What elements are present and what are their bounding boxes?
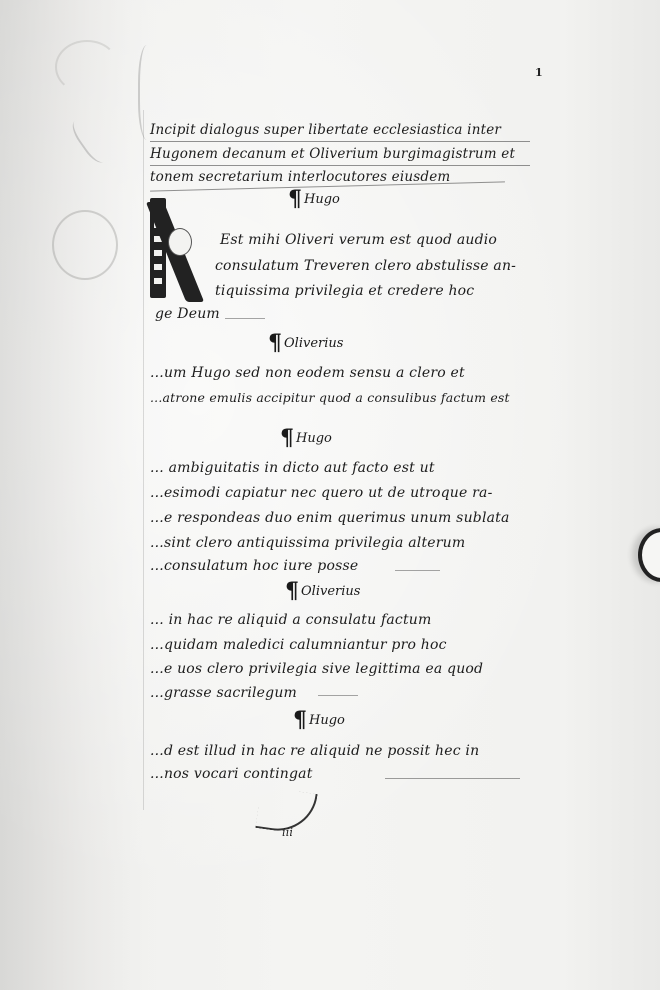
- heading-rule: [150, 165, 530, 166]
- line-filler: [395, 570, 440, 571]
- text-line: ... in hac re aliquid a consulatu factum: [150, 612, 432, 628]
- speaker-name: Hugo: [296, 431, 332, 446]
- speaker-name: Oliverius: [284, 336, 343, 351]
- text-line: tiquissima privilegia et credere hoc: [215, 283, 474, 299]
- speaker-label: ¶Oliverius: [285, 578, 360, 604]
- pilcrow-icon: ¶: [280, 425, 294, 451]
- text-line: ...atrone emulis accipitur quod a consul…: [150, 390, 510, 405]
- text-line: ge Deum: [155, 306, 220, 322]
- text-line: ...d est illud in hac re aliquid ne poss…: [150, 743, 479, 759]
- line-filler: [225, 318, 265, 319]
- catchword-mark: iii: [282, 826, 293, 839]
- text-line: ...nos vocari contingat: [150, 766, 313, 782]
- speaker-label: ¶Hugo: [280, 425, 332, 451]
- folio-mark: 1: [535, 66, 543, 79]
- line-filler: [385, 778, 520, 779]
- binding-ring: [638, 528, 660, 582]
- pilcrow-icon: ¶: [288, 186, 302, 212]
- text-line: ...um Hugo sed non eodem sensu a clero e…: [150, 365, 465, 381]
- text-line: ...sint clero antiquissima privilegia al…: [150, 535, 465, 551]
- speaker-name: Hugo: [309, 713, 345, 728]
- gutter-shadow: [0, 0, 150, 990]
- text-line: ...e respondeas duo enim querimus unum s…: [150, 510, 510, 526]
- text-line: ...esimodi capiatur nec quero ut de utro…: [150, 485, 493, 501]
- speaker-label: ¶Hugo: [288, 186, 340, 212]
- heading-line: Incipit dialogus super libertate ecclesi…: [150, 122, 501, 138]
- pilcrow-icon: ¶: [285, 578, 299, 604]
- text-line: ...quidam maledici calumniantur pro hoc: [150, 637, 447, 653]
- line-filler: [318, 695, 358, 696]
- text-line: ...grasse sacrilegum: [150, 685, 297, 701]
- bleed-through-circle: [52, 210, 118, 280]
- speaker-label: ¶Oliverius: [268, 330, 343, 356]
- margin-ruling: [143, 110, 144, 810]
- text-line: ... ambiguitatis in dicto aut facto est …: [150, 460, 435, 476]
- speaker-name: Hugo: [304, 192, 340, 207]
- heading-line: Hugonem decanum et Oliverium burgimagist…: [150, 146, 515, 162]
- bleed-through-arc: [55, 40, 119, 94]
- heading-rule: [150, 141, 530, 142]
- pilcrow-icon: ¶: [293, 707, 307, 733]
- text-line: ...consulatum hoc iure posse: [150, 558, 358, 574]
- pilcrow-icon: ¶: [268, 330, 282, 356]
- text-line: Est mihi Oliveri verum est quod audio: [220, 232, 497, 248]
- manuscript-page: 1 Incipit dialogus super libertate eccle…: [0, 0, 660, 990]
- speaker-label: ¶Hugo: [293, 707, 345, 733]
- text-line: ...e uos clero privilegia sive legittima…: [150, 661, 483, 677]
- heading-line: tonem secretarium interlocutores eiusdem: [150, 169, 450, 185]
- text-line: consulatum Treveren clero abstulisse an-: [215, 258, 516, 274]
- speaker-name: Oliverius: [301, 584, 360, 599]
